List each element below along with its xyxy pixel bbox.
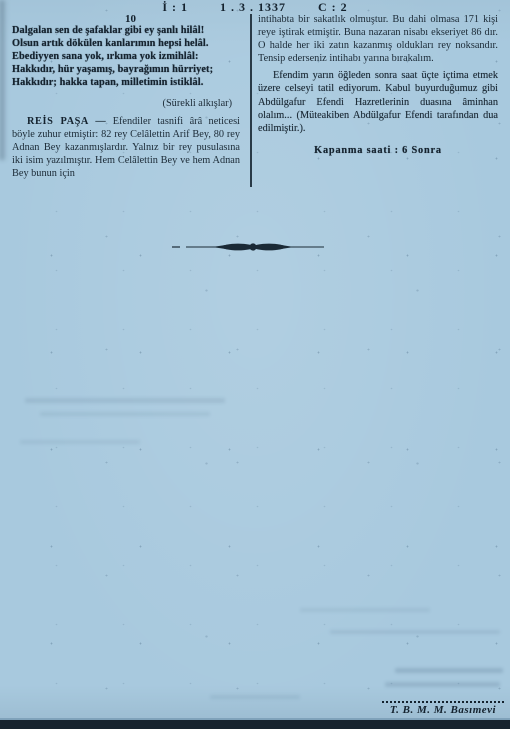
bleed-through-ghost: [20, 440, 140, 444]
stamp-dotted-line: [382, 701, 504, 703]
poem-line: Dalgalan sen de şafaklar gibi ey şanlı h…: [12, 24, 240, 37]
poem-line: Olsun artık dökülen kanlarımın hepsi hel…: [12, 37, 240, 50]
paragraph-closing: Efendim yarın öğleden sonra saat üçte iç…: [258, 69, 498, 134]
anthem-poem: Dalgalan sen de şafaklar gibi ey şanlı h…: [12, 24, 240, 89]
speaker-name: REİS PAŞA —: [27, 116, 106, 127]
divider-ornament-graphic: [172, 241, 328, 253]
bleed-through-ghost: [385, 682, 500, 687]
bleed-through-ghost: [330, 630, 500, 634]
bleed-through-ghost: [395, 668, 503, 673]
closing-time-line: Kapanma saati : 6 Sonra: [258, 144, 498, 157]
left-column: Dalgalan sen de şafaklar gibi ey şanlı h…: [12, 24, 240, 180]
session-date: 1 . 3 . 1337: [220, 0, 286, 14]
poem-line: Hakkıdır; hakka tapan, milletimin istikl…: [12, 76, 240, 89]
scan-edge-shadow: [0, 0, 7, 160]
poem-line: Hakkıdır, hür yaşamış, bayrağımın hürriy…: [12, 63, 240, 76]
column-divider-line: [250, 14, 252, 187]
stage-direction-applause: (Sürekli alkışlar): [12, 97, 240, 110]
bleed-through-ghost: [300, 608, 430, 612]
scan-bottom-edge: [0, 718, 510, 729]
printer-stamp: T. B. M. M. Basımevi: [379, 701, 507, 716]
bleed-through-ghost: [40, 412, 210, 416]
right-column: intihabta bir sakatlık olmuştur. Bu dahi…: [258, 13, 498, 157]
bleed-through-ghost: [25, 398, 225, 403]
scanned-document-page: İ : 1 1 . 3 . 1337 C : 2 10 Dalgalan sen…: [0, 0, 510, 729]
session-number: İ : 1: [162, 0, 188, 14]
column-number: C : 2: [318, 0, 348, 14]
printer-name: T. B. M. M. Basımevi: [379, 704, 507, 716]
speech-paragraph: REİS PAŞA — Efendiler tasnifi ârâ netice…: [12, 115, 240, 180]
bleed-through-ghost: [210, 695, 300, 699]
section-divider-ornament: [172, 240, 328, 258]
paragraph-continuation: intihabta bir sakatlık olmuştur. Bu dahi…: [258, 13, 498, 65]
poem-line: Ebediyyen sana yok, ırkıma yok izmihlâl:: [12, 50, 240, 63]
